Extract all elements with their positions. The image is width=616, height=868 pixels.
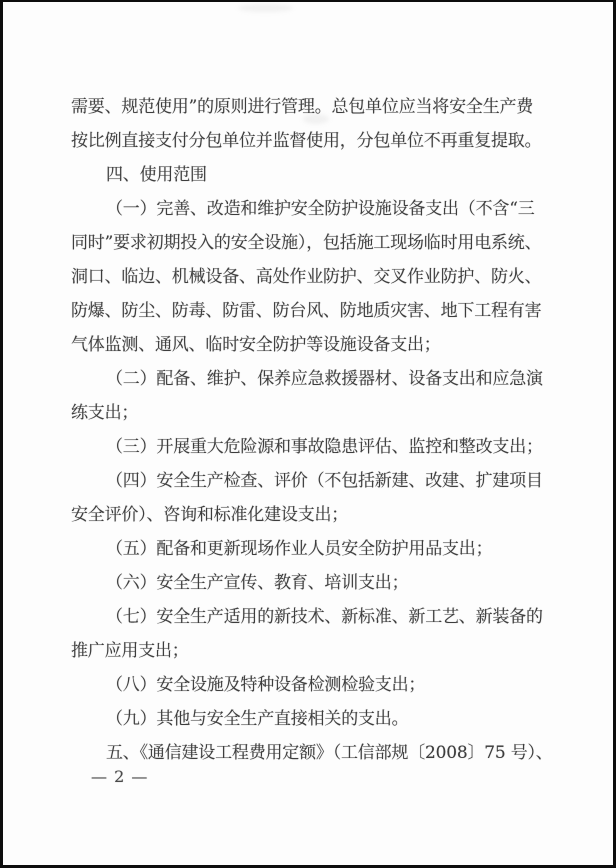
document-line: 按比例直接支付分包单位并监督使用，分包单位不再重复提取。 xyxy=(71,124,553,158)
list-item-4-line: （四）安全生产检查、评价（不包括新建、改建、扩建项目 xyxy=(71,464,553,498)
list-item-2-line: 练支出； xyxy=(71,396,553,430)
list-item-3-line: （三）开展重大危险源和事故隐患评估、监控和整改支出； xyxy=(71,430,553,464)
list-item-1-line: （一）完善、改造和维护安全防护设施设备支出（不含“三 xyxy=(71,192,553,226)
list-item-7-line: 推广应用支出； xyxy=(71,634,553,668)
list-item-9-line: （九）其他与安全生产直接相关的支出。 xyxy=(71,702,553,736)
list-item-2-line: （二）配备、维护、保养应急救援器材、设备支出和应急演 xyxy=(71,362,553,396)
list-item-1-line: 洞口、临边、机械设备、高处作业防护、交叉作业防护、防火、 xyxy=(71,260,553,294)
document-line: 需要、规范使用”的原则进行管理。总包单位应当将安全生产费 xyxy=(71,90,553,124)
section-heading-usage-scope: 四、使用范围 xyxy=(71,158,553,192)
document-text-block: 需要、规范使用”的原则进行管理。总包单位应当将安全生产费 按比例直接支付分包单位… xyxy=(71,90,553,770)
scanned-document-page: 需要、规范使用”的原则进行管理。总包单位应当将安全生产费 按比例直接支付分包单位… xyxy=(0,0,616,868)
scan-smudge xyxy=(238,4,293,12)
list-item-4-line: 安全评价）、咨询和标准化建设支出； xyxy=(71,498,553,532)
list-item-1-line: 气体监测、通风、临时安全防护等设施设备支出； xyxy=(71,328,553,362)
list-item-1-line: 同时”要求初期投入的安全设施），包括施工现场临时用电系统、 xyxy=(71,226,553,260)
list-item-5-line: （五）配备和更新现场作业人员安全防护用品支出； xyxy=(71,532,553,566)
list-item-1-line: 防爆、防尘、防毒、防雷、防台风、防地质灾害、地下工程有害 xyxy=(71,294,553,328)
list-item-7-line: （七）安全生产适用的新技术、新标准、新工艺、新装备的 xyxy=(71,600,553,634)
list-item-8-line: （八）安全设施及特种设备检测检验支出； xyxy=(71,668,553,702)
page-number: — 2 — xyxy=(91,764,148,790)
list-item-6-line: （六）安全生产宣传、教育、培训支出； xyxy=(71,566,553,600)
